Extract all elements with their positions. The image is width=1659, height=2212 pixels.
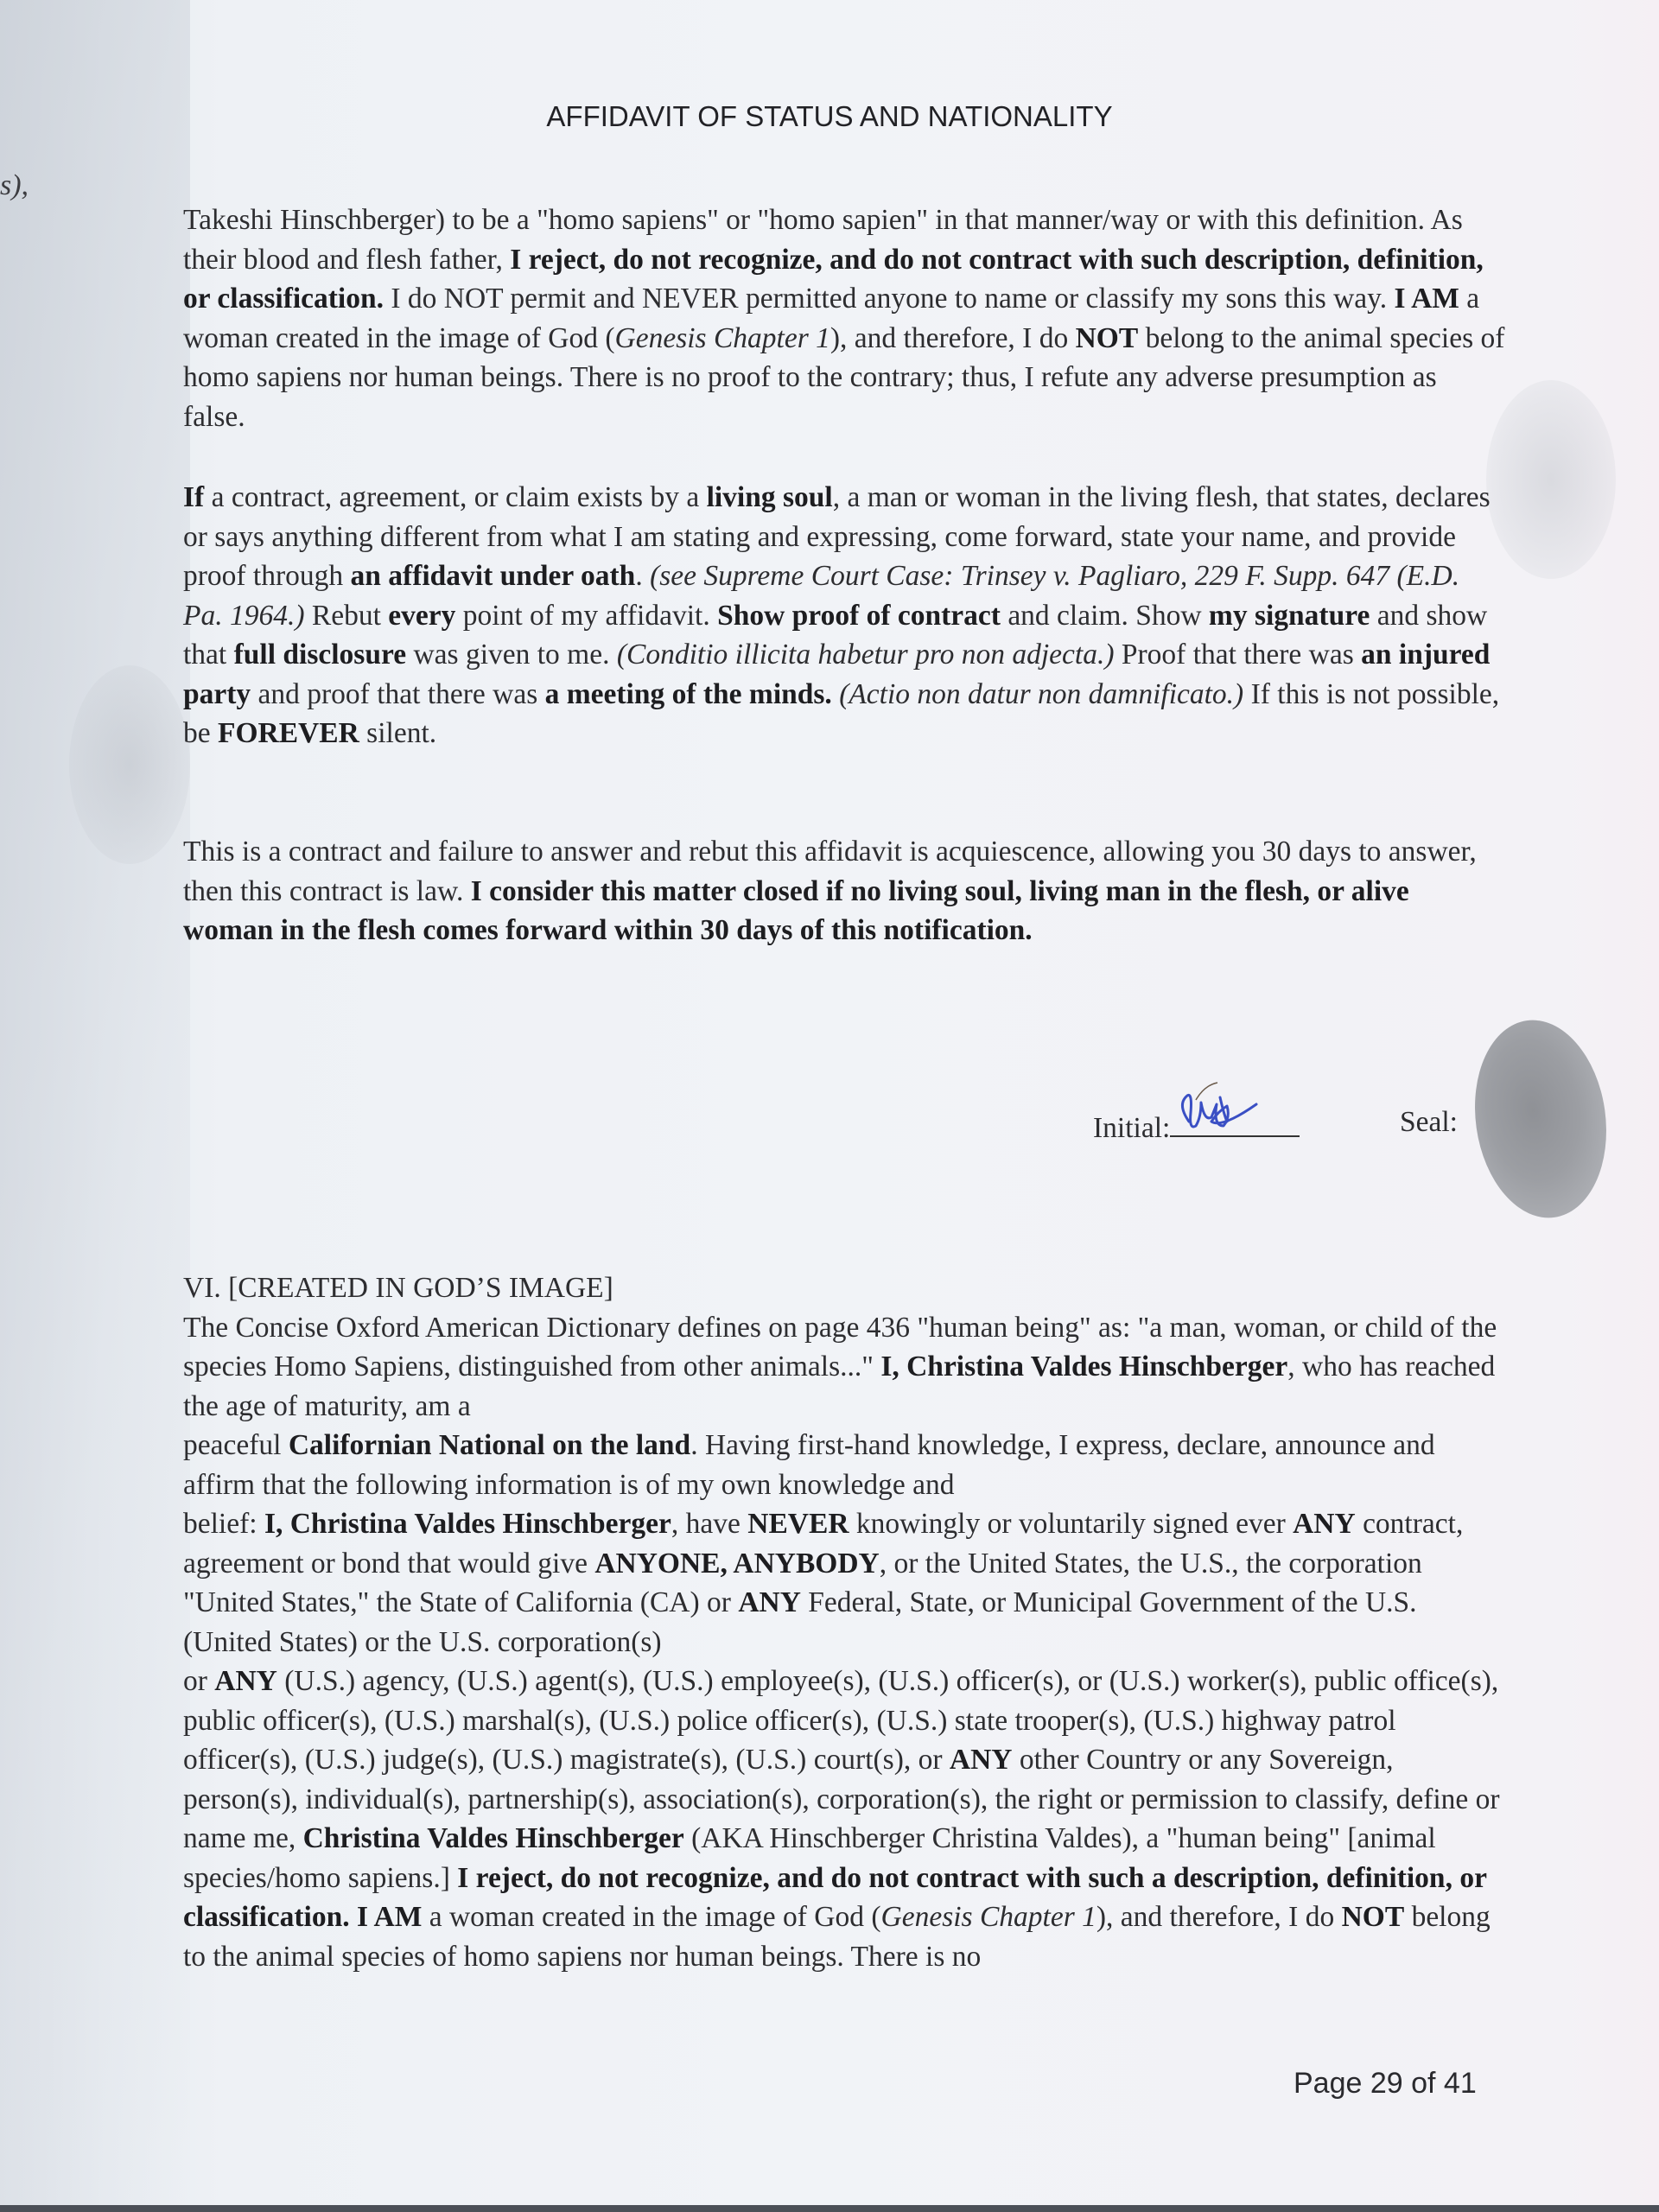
text-span: NOT (1342, 1901, 1405, 1933)
section-created-in-gods-image: VI. [CREATED IN GOD’S IMAGE] The Concise… (183, 1268, 1505, 1976)
text-span: NEVER (747, 1508, 849, 1540)
text-span: ANY (950, 1744, 1013, 1776)
text-span: FOREVER (218, 717, 359, 749)
text-span: my signature (1209, 600, 1370, 632)
text-span: I AM (1395, 283, 1459, 315)
faint-thumbprint-bleedthrough (1486, 380, 1616, 579)
text-span: I, Christina Valdes Hinschberger (264, 1508, 671, 1540)
document-header-title: AFFIDAVIT OF STATUS AND NATIONALITY (0, 100, 1659, 133)
text-span: Show proof of contract (717, 600, 1001, 632)
text-span: an affidavit under oath (351, 560, 636, 592)
text-span: If (183, 481, 204, 513)
text-span: ANYONE, ANYBODY (594, 1548, 879, 1580)
paragraph-text: This is a contract and failure to answer… (183, 832, 1505, 950)
text-span: NOT (1076, 322, 1139, 354)
text-span: I consider this matter closed if no livi… (183, 875, 1409, 947)
handwritten-initials-icon (1170, 1078, 1300, 1139)
paragraph-text: If a contract, agreement, or claim exist… (183, 478, 1505, 753)
seal-label: Seal: (1400, 1106, 1458, 1139)
page-bottom-edge (0, 2205, 1659, 2212)
adjacent-page-text-fragment: s), (0, 169, 29, 202)
paragraph-contract-challenge: If a contract, agreement, or claim exist… (183, 478, 1505, 753)
text-span: I reject, do not recognize, and do not c… (183, 1862, 1486, 1934)
initial-field: Initial: (1093, 1106, 1300, 1145)
text-span: every (388, 600, 455, 632)
text-span: ANY (214, 1665, 277, 1697)
faint-thumbprint-bleedthrough (69, 665, 190, 864)
paragraph-acquiescence-notice: This is a contract and failure to answer… (183, 832, 1505, 950)
thumbprint-seal-icon (1463, 1012, 1619, 1227)
section-heading: VI. [CREATED IN GOD’S IMAGE] (183, 1268, 1505, 1308)
paragraph-text: Takeshi Hinschberger) to be a "homo sapi… (183, 200, 1505, 436)
page-number: Page 29 of 41 (1294, 2067, 1477, 2101)
initial-label: Initial: (1093, 1112, 1170, 1144)
paragraph-text: The Concise Oxford American Dictionary d… (183, 1308, 1505, 1977)
text-span: Genesis Chapter 1 (615, 322, 830, 354)
page-curl-shadow (0, 0, 190, 2205)
initial-signature-line (1170, 1106, 1300, 1137)
text-span: (Conditio illicita habetur pro non adjec… (617, 639, 1115, 671)
text-span: ANY (738, 1586, 801, 1618)
paragraph-rejection-of-classification: Takeshi Hinschberger) to be a "homo sapi… (183, 200, 1505, 436)
text-span: I reject, do not recognize, and do not c… (183, 244, 1484, 315)
text-span: (Actio non datur non damnificato.) (839, 678, 1243, 710)
text-span: living soul (707, 481, 833, 513)
text-span: Christina Valdes Hinschberger (303, 1822, 684, 1854)
scanned-page: s), AFFIDAVIT OF STATUS AND NATIONALITY … (0, 0, 1659, 2205)
text-span: Californian National on the land (289, 1429, 690, 1461)
text-span: a meeting of the minds. (545, 678, 832, 710)
text-span: ANY (1293, 1508, 1356, 1540)
text-span: full disclosure (234, 639, 406, 671)
text-span: Genesis Chapter 1 (881, 1901, 1096, 1933)
text-span: I, Christina Valdes Hinschberger (880, 1351, 1287, 1382)
